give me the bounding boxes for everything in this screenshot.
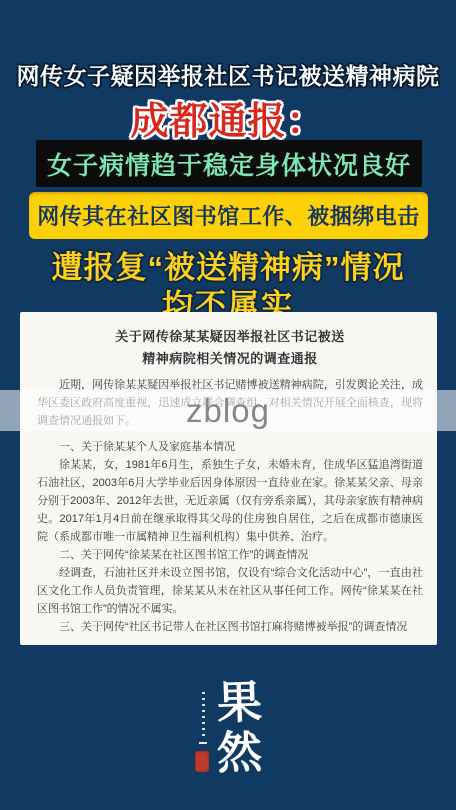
document-section-heading: 三、关于网传“社区书记带人在社区图书馆打麻将赌博被举报”的调查情况	[37, 618, 423, 636]
document-paragraph: 徐某某，女，1981年6月生，系独生子女，未婚未育，住成华区猛追湾街道石油社区，…	[37, 456, 423, 546]
official-notice-document: 关于网传徐某某疑因举报社区书记被送 精神病院相关情况的调查通报 近期，网传徐某某…	[20, 312, 437, 645]
red-seal-icon	[195, 751, 209, 772]
news-poster: 网传女子疑因举报社区书记被送精神病院 成都通报： 女子病情趋于稳定身体状况良好 …	[0, 0, 456, 810]
main-headline: 网传女子疑因举报社区书记被送精神病院	[0, 58, 456, 91]
publisher-logo: 果 然	[188, 678, 268, 788]
logo-char-2: 然	[217, 727, 264, 779]
document-section-heading: 二、关于网传“徐某某在社区图书馆工作”的调查情况	[37, 546, 423, 564]
watermark-band: zblog	[0, 390, 456, 431]
rumor-banner: 网传其在社区图书馆工作、被捆绑电击	[29, 192, 428, 239]
status-banner: 女子病情趋于稳定身体状况良好	[36, 140, 422, 187]
document-section-heading: 一、关于徐某某个人及家庭基本情况	[37, 438, 423, 456]
logo-char-1: 果	[217, 677, 264, 729]
rumor-banner-text: 网传其在社区图书馆工作、被捆绑电击	[37, 200, 420, 231]
logo-dash	[199, 742, 207, 744]
logo-vertical-tagline	[202, 692, 205, 736]
document-title: 关于网传徐某某疑因举报社区书记被送 精神病院相关情况的调查通报	[37, 326, 423, 370]
source-label: 成都通报：	[0, 90, 456, 145]
status-banner-text: 女子病情趋于稳定身体状况良好	[47, 146, 411, 182]
watermark-text: zblog	[186, 392, 270, 430]
logo-calligraphy: 果 然	[216, 678, 264, 778]
document-paragraph: 经调查，石油社区并未设立图书馆，仅设有“综合文化活动中心”，一直由社区文化工作人…	[37, 564, 423, 618]
document-title-line-2: 精神病院相关情况的调查通报	[37, 348, 423, 370]
document-title-line-1: 关于网传徐某某疑因举报社区书记被送	[37, 326, 423, 348]
